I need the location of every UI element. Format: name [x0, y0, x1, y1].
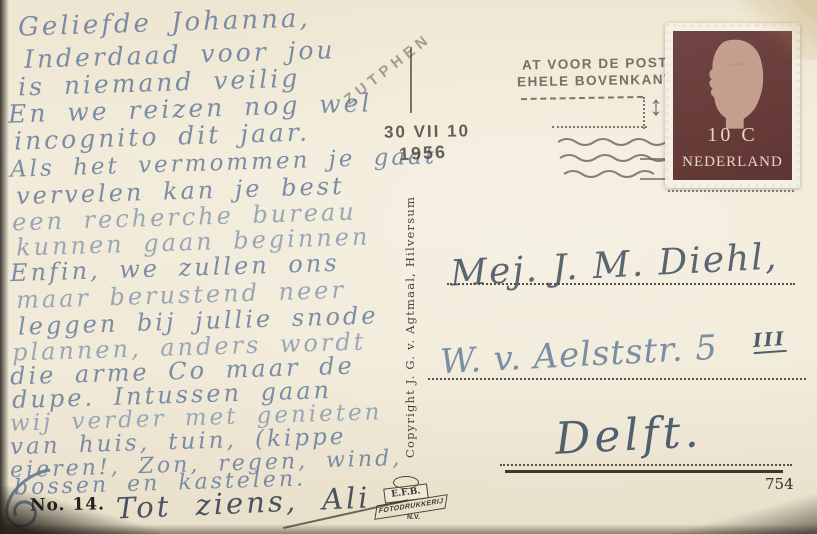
address-floor-number: III [752, 328, 786, 354]
card-corner-shadow [0, 486, 160, 534]
address-dotted-line [500, 464, 792, 466]
slogan-line-2: EHELE BOVENKANT [517, 72, 674, 90]
address-line-1: Mej. J. M. Diehl, [449, 236, 779, 294]
cancel-dotted-line [552, 126, 647, 128]
measure-arrow-icon: ↕ [649, 90, 663, 122]
print-number: 754 [765, 475, 794, 493]
postmark-town: ZUTPHEN [341, 30, 435, 109]
copyright-line: Copyright J. G. v. Agtmaal, Hilversum [403, 196, 417, 458]
card-corner-shadow [677, 0, 817, 60]
stamp-value: 10 C [673, 124, 792, 147]
cancel-dotted-under-stamp [668, 190, 794, 192]
address-solid-line [505, 470, 783, 473]
address-line-3: Delft. [554, 406, 704, 465]
card-edge-shadow [0, 0, 9, 534]
cancel-dotted-corner [643, 97, 645, 129]
postmark-year: 1956 [398, 142, 447, 165]
cancel-dash-line [521, 96, 643, 100]
logo-suffix: N.V. [407, 514, 420, 521]
address-dotted-line [428, 378, 806, 380]
postmark-date: 30 VII 10 [384, 121, 470, 142]
card-corner-shadow [667, 492, 817, 534]
cancel-tick [640, 158, 666, 160]
address-dotted-line [447, 283, 795, 285]
postcard-back: Geliefde Johanna, Inderdaad voor jou is … [0, 0, 817, 534]
address-line-2: W. v. Aelststr. 5 [439, 328, 719, 382]
printer-logo: E.F.B. FOTODRUKKERIJ N.V. [377, 476, 449, 524]
stamp-country: NEDERLAND [673, 154, 792, 171]
postmark-frame-line [410, 47, 412, 113]
